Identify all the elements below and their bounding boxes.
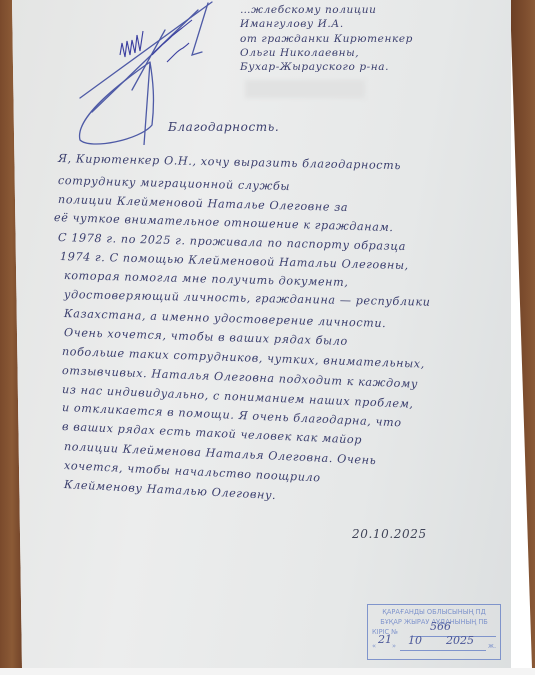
stamp-incoming-number: 566 [430,622,451,632]
wooden-table-right-edge [509,0,535,668]
header-line-recipient-office: …жлебскому полиции [240,4,377,16]
stamp-year: 2025 [446,636,474,646]
registration-stamp: ҚАРАҒАНДЫ ОБЛЫСЫНЫҢ ПД БҰҚАР ЖЫРАУ АУДАН… [367,604,501,660]
stamp-day: 21 [378,635,392,645]
header-line-recipient-name: Имангулову И.А. [240,18,344,30]
stamp-date-row: « 21 » 10 2025 ж. [368,641,500,651]
stamp-line-region: ҚАРАҒАНДЫ ОБЛЫСЫНЫҢ ПД [368,607,500,617]
stamp-date-underline [400,650,486,651]
stamp-open-quote: « [372,642,376,650]
header-line-district: Бухар-Жырауского р-на. [240,61,389,73]
bottom-border-strip [0,668,535,675]
header-line-sender-name: Ольги Николаевны, [240,47,359,59]
stamp-close-quote: » [392,641,396,651]
stamp-month: 10 [408,636,422,646]
letter-date: 20.10.2025 [352,527,427,541]
letter-title: Благодарность. [168,120,279,134]
redacted-address-area [245,80,365,98]
header-line-sender: от гражданки Кирютенкер [240,33,413,45]
stamp-year-suffix: ж. [488,641,496,651]
